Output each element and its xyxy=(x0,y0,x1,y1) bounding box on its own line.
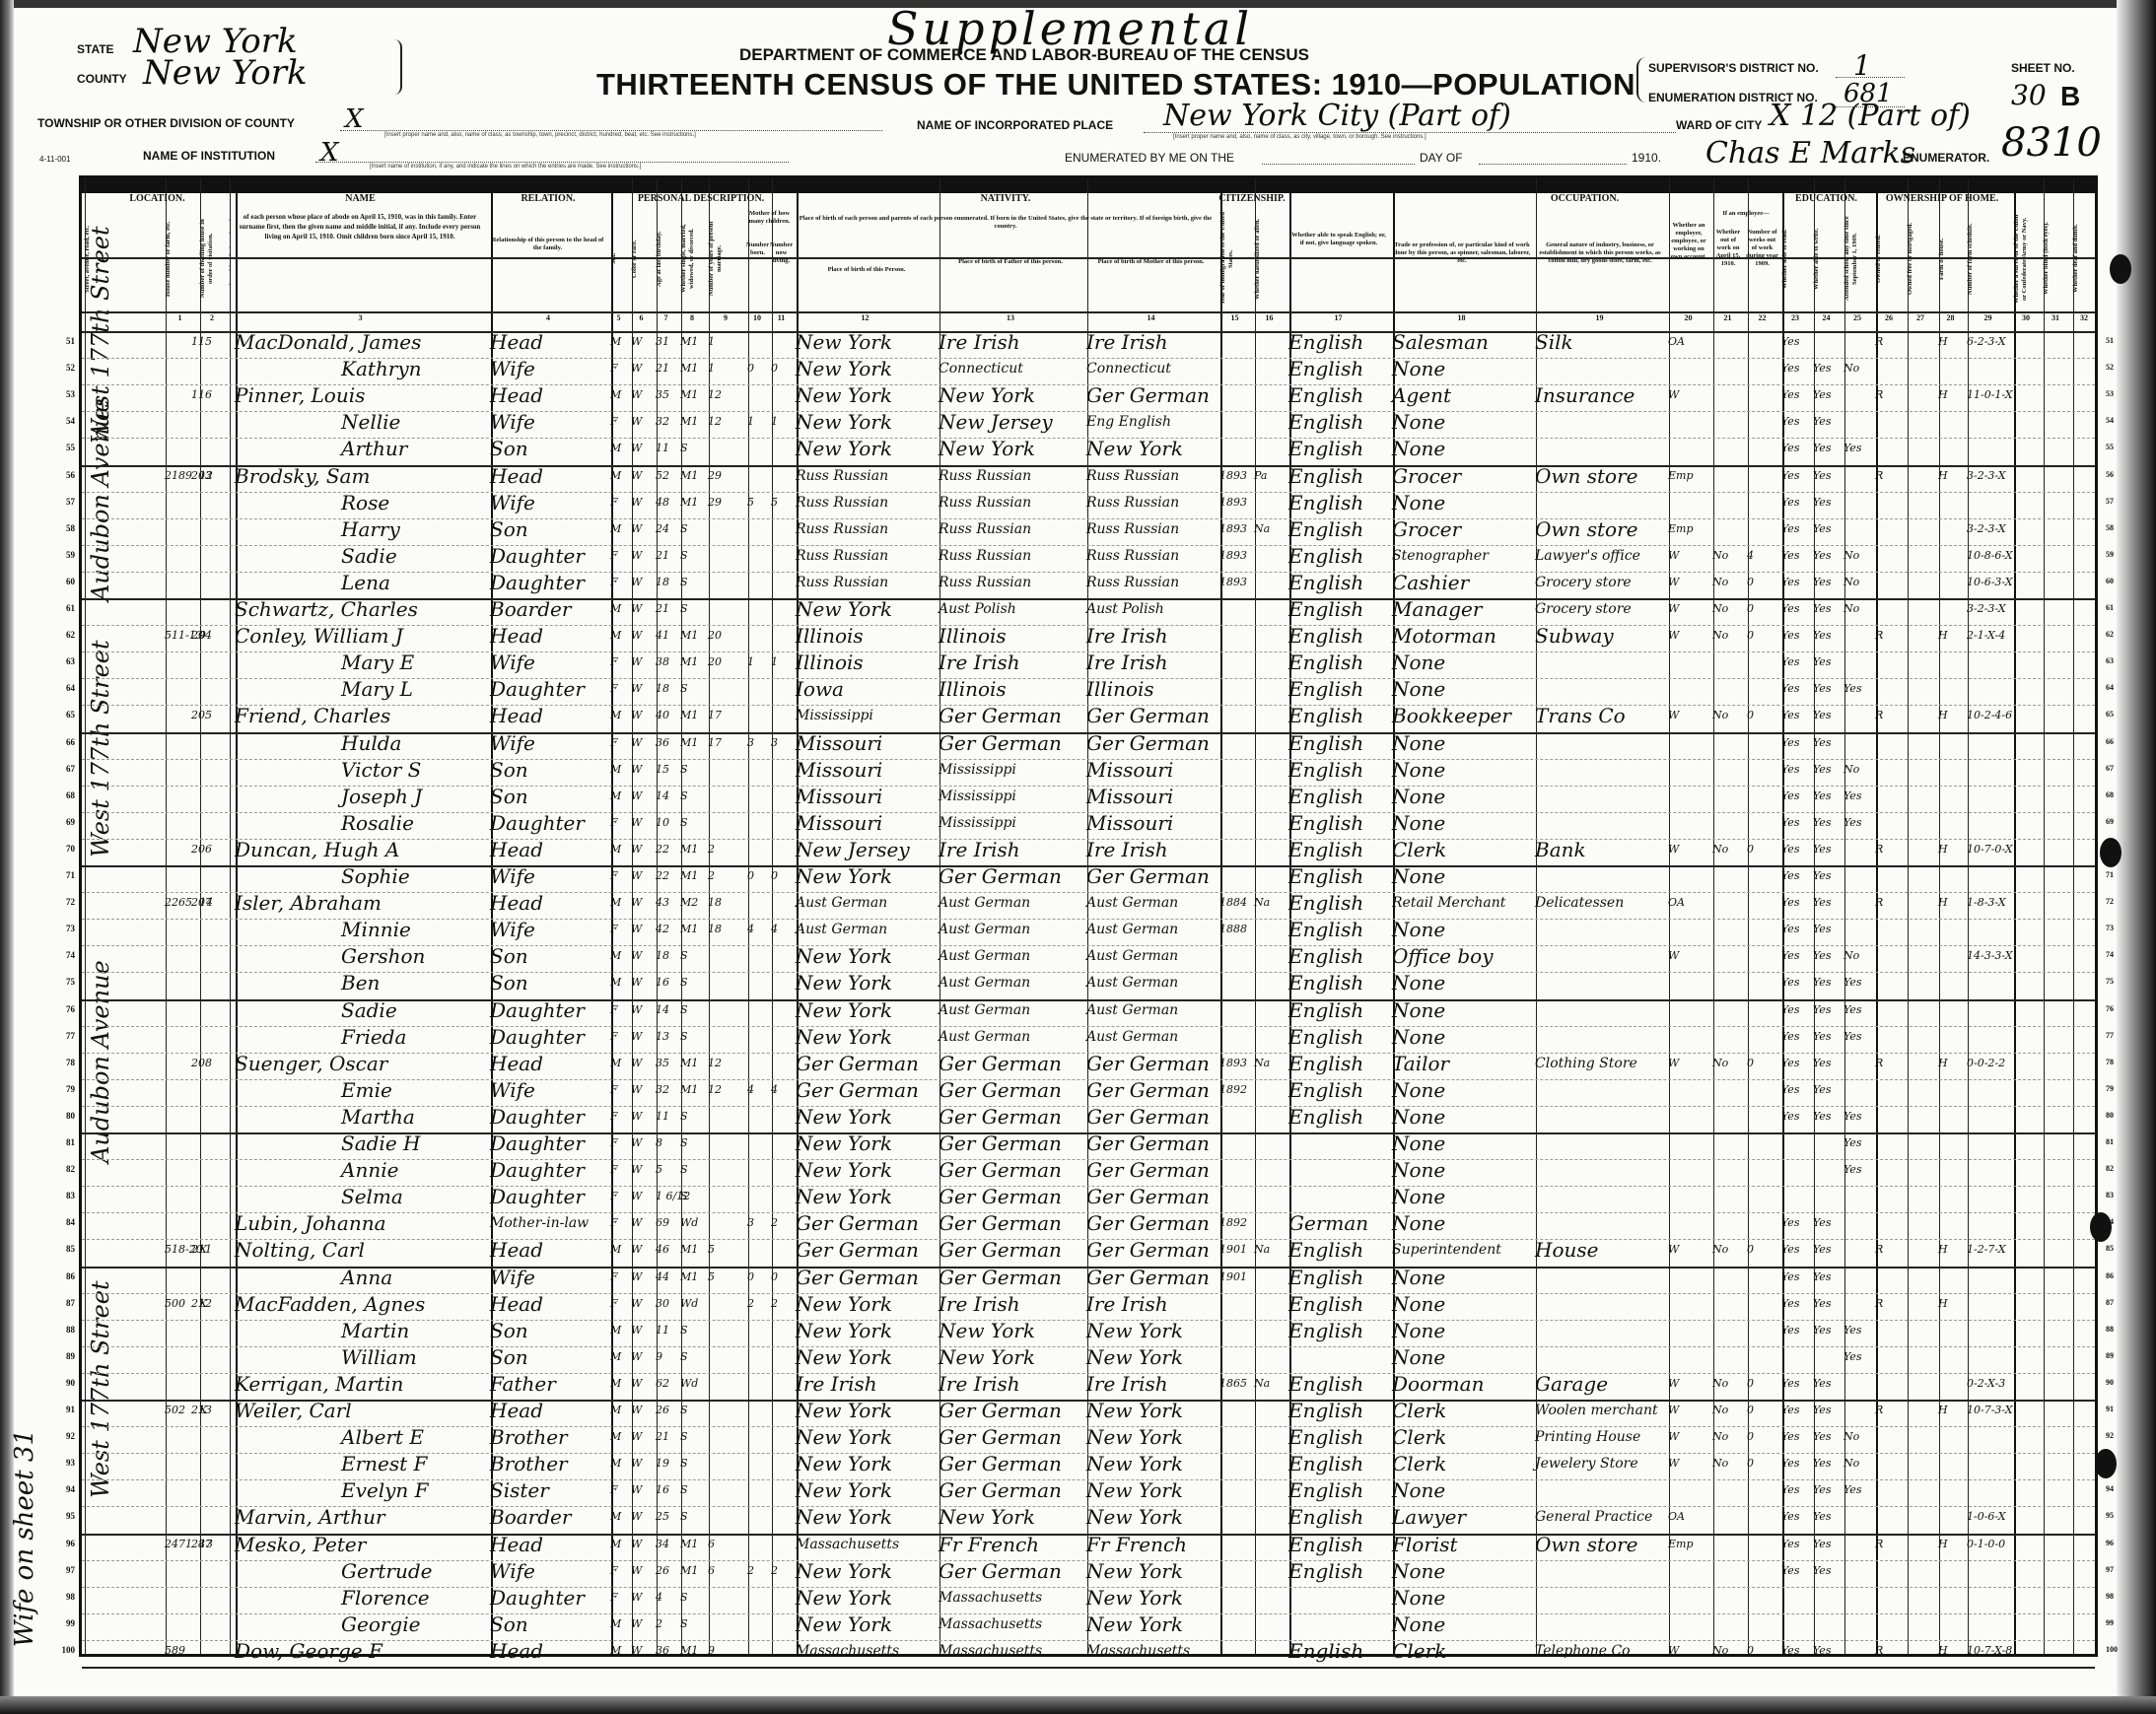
cell-lang: English xyxy=(1288,1535,1363,1554)
line-number-right: 57 xyxy=(2106,497,2114,506)
cell-relation: Head xyxy=(490,706,543,725)
cell-bpm: Aust German xyxy=(1086,1000,1178,1020)
cell-bp: Russ Russian xyxy=(796,546,888,566)
cell-living: 0 xyxy=(771,866,778,886)
cell-imm: 1893 xyxy=(1219,1054,1247,1073)
cell-born: 0 xyxy=(747,866,754,886)
cell-house: 2189 xyxy=(165,466,192,486)
cell-lang: English xyxy=(1288,626,1363,646)
line-number: 76 xyxy=(51,1004,75,1014)
cell-bpf: Ger German xyxy=(939,1187,1062,1206)
column-number: 10 xyxy=(745,313,769,322)
cell-industry: Own store xyxy=(1535,466,1638,486)
cell-bp: New York xyxy=(796,1454,892,1474)
line-number: 81 xyxy=(51,1137,75,1147)
cell-bpm: New York xyxy=(1086,1401,1183,1420)
cell-bp: Ger German xyxy=(796,1213,919,1233)
cell-sex: F xyxy=(610,573,618,592)
column-number: 3 xyxy=(233,313,488,322)
cell-bpf: Ger German xyxy=(939,1480,1062,1500)
cell-bpm: Ire Irish xyxy=(1086,840,1168,859)
cell-oow: No xyxy=(1712,1641,1728,1661)
cell-age: 21 xyxy=(656,359,669,378)
cell-bpm: Russ Russian xyxy=(1086,546,1179,566)
cell-school: Yes xyxy=(1843,1000,1861,1020)
cell-marital: S xyxy=(680,439,688,458)
line-number: 98 xyxy=(51,1592,75,1602)
cell-imm: 1893 xyxy=(1219,466,1247,486)
line-number: 70 xyxy=(51,844,75,854)
col-desc-industry: General nature of industry, business, or… xyxy=(1536,241,1664,265)
cell-marital: S xyxy=(680,1480,688,1500)
column-number: 13 xyxy=(937,313,1084,322)
cell-trade: None xyxy=(1392,1294,1445,1314)
line-number-right: 79 xyxy=(2106,1084,2114,1093)
cell-sex: F xyxy=(610,1588,618,1608)
line-number: 88 xyxy=(51,1325,75,1335)
cell-marital: M1 xyxy=(680,385,698,405)
cell-bpf: Ire Irish xyxy=(939,652,1020,672)
cell-bpf: Aust German xyxy=(939,946,1030,966)
cell-bp: New York xyxy=(796,1160,892,1180)
cell-age: 30 xyxy=(656,1294,669,1314)
cell-nat: Na xyxy=(1254,1374,1270,1394)
cell-bpm: New York xyxy=(1086,439,1183,458)
cell-bpf: Connecticut xyxy=(939,359,1023,378)
cell-bpm: Ger German xyxy=(1086,1240,1210,1260)
cell-bpf: Ire Irish xyxy=(939,840,1020,859)
cell-marital: S xyxy=(680,1027,688,1047)
cell-color: W xyxy=(631,1374,642,1394)
cell-age: 5 xyxy=(656,1160,662,1180)
cell-bpf: Aust Polish xyxy=(939,599,1016,619)
cell-bpm: Missouri xyxy=(1086,813,1173,833)
cell-write: Yes xyxy=(1813,866,1831,886)
cell-bpm: New York xyxy=(1086,1588,1183,1608)
cell-age: 18 xyxy=(656,946,669,966)
cell-relation: Head xyxy=(490,893,543,913)
cell-marital: M1 xyxy=(680,359,698,378)
cell-age: 22 xyxy=(656,866,669,886)
cell-write: Yes xyxy=(1813,1213,1831,1233)
line-number-right: 75 xyxy=(2106,977,2114,986)
cell-read: Yes xyxy=(1781,1268,1799,1287)
col-desc-language: Whether able to speak English; or, if no… xyxy=(1289,232,1388,247)
cell-trade: None xyxy=(1392,733,1445,753)
cell-relation: Wife xyxy=(490,920,535,939)
cell-sched: 0-2-X-3 xyxy=(1967,1374,2005,1394)
cell-relation: Son xyxy=(490,1614,528,1634)
cell-lang: English xyxy=(1288,1240,1363,1260)
cell-bp: Russ Russian xyxy=(796,493,888,513)
cell-read: Yes xyxy=(1781,519,1799,539)
cell-read: Yes xyxy=(1781,626,1799,646)
column-number: 26 xyxy=(1873,313,1905,322)
line-number-right: 52 xyxy=(2106,363,2114,372)
cell-name: Suenger, Oscar xyxy=(235,1054,387,1073)
line-number: 68 xyxy=(51,790,75,800)
cell-relation: Head xyxy=(490,1240,543,1260)
county-value: New York xyxy=(143,53,308,93)
column-divider xyxy=(748,178,749,1654)
cell-oow: No xyxy=(1712,840,1728,859)
cell-bpm: Ger German xyxy=(1086,1133,1210,1153)
cell-sex: F xyxy=(610,493,618,513)
line-number-right: 87 xyxy=(2106,1298,2114,1307)
cell-farm: H xyxy=(1938,840,1948,859)
cell-bpf: Mississippi xyxy=(939,787,1016,806)
line-number-right: 74 xyxy=(2106,950,2114,959)
cell-relation: Son xyxy=(490,439,528,458)
cell-family: 204 xyxy=(191,626,212,646)
township-line xyxy=(340,130,882,131)
cell-name: Arthur xyxy=(341,439,407,458)
cell-name: Anna xyxy=(341,1268,392,1287)
cell-sex: M xyxy=(610,1321,621,1340)
cell-trade: None xyxy=(1392,1321,1445,1340)
cell-bpm: Aust German xyxy=(1086,973,1178,993)
line-number-right: 91 xyxy=(2106,1405,2114,1413)
cell-trade: None xyxy=(1392,1480,1445,1500)
cell-industry: Grocery store xyxy=(1535,599,1632,619)
punch-hole xyxy=(2110,254,2131,284)
cell-bpm: New York xyxy=(1086,1507,1183,1527)
cell-trade: Clerk xyxy=(1392,1427,1446,1447)
column-number: 7 xyxy=(654,313,678,322)
cell-own: R xyxy=(1875,466,1883,486)
cell-industry: Clothing Store xyxy=(1535,1054,1637,1073)
cell-read: Yes xyxy=(1781,813,1799,833)
cell-industry: Lawyer's office xyxy=(1535,546,1640,566)
cell-trade: Lawyer xyxy=(1392,1507,1466,1527)
col-desc-family: Number of family in order of visitation. xyxy=(229,212,231,306)
cell-lang: English xyxy=(1288,946,1363,966)
cell-sched: 0-1-0-0 xyxy=(1967,1535,2005,1554)
cell-own: R xyxy=(1875,1294,1883,1314)
cell-bpf: Ger German xyxy=(939,706,1062,725)
month-line xyxy=(1479,164,1627,165)
cell-read: Yes xyxy=(1781,546,1799,566)
cell-family: 213 xyxy=(191,1401,212,1420)
cell-relation: Daughter xyxy=(490,573,585,592)
cell-bpf: New Jersey xyxy=(939,412,1053,432)
cell-born: 2 xyxy=(747,1294,754,1314)
line-number-right: 60 xyxy=(2106,577,2114,585)
cell-trade: Cashier xyxy=(1392,573,1469,592)
cell-bpm: Ger German xyxy=(1086,1213,1210,1233)
cell-read: Yes xyxy=(1781,787,1799,806)
col-desc-house: House number or farm, etc. xyxy=(165,212,195,306)
col-desc-free-mortgaged: Owned free or mortgaged. xyxy=(1907,212,1934,306)
cell-school: No xyxy=(1843,1427,1859,1447)
cell-bp: Russ Russian xyxy=(796,466,888,486)
cell-nat: Na xyxy=(1254,1054,1270,1073)
cell-imm: 1892 xyxy=(1219,1213,1247,1233)
cell-age: 31 xyxy=(656,332,669,352)
cell-industry: Bank xyxy=(1535,840,1586,859)
cell-industry: Delicatessen xyxy=(1535,893,1624,913)
cell-marital: M1 xyxy=(680,1535,698,1554)
line-number: 72 xyxy=(51,897,75,907)
cell-bpf: Ger German xyxy=(939,1401,1062,1420)
cell-bp: New York xyxy=(796,385,892,405)
supervisor-district-line xyxy=(1836,77,1905,78)
cell-lang: English xyxy=(1288,1080,1363,1100)
cell-marital: M1 xyxy=(680,920,698,939)
cell-bpf: Ger German xyxy=(939,1213,1062,1233)
cell-write: Yes xyxy=(1813,412,1831,432)
cell-name: Pinner, Louis xyxy=(235,385,365,405)
cell-write: Yes xyxy=(1813,1454,1831,1474)
cell-bp: Massachusetts xyxy=(796,1535,899,1554)
cell-imm: 1888 xyxy=(1219,920,1247,939)
cell-farm: H xyxy=(1938,1535,1948,1554)
line-number-right: 62 xyxy=(2106,630,2114,639)
cell-yrs: 2 xyxy=(708,840,715,859)
cell-age: 25 xyxy=(656,1507,669,1527)
cell-color: W xyxy=(631,840,642,859)
cell-bpm: Ire Irish xyxy=(1086,1294,1168,1314)
cell-read: Yes xyxy=(1781,679,1799,699)
cell-read: Yes xyxy=(1781,493,1799,513)
cell-own: R xyxy=(1875,1240,1883,1260)
line-number: 87 xyxy=(51,1298,75,1308)
cell-read: Yes xyxy=(1781,946,1799,966)
cell-nat: Na xyxy=(1254,1240,1270,1260)
line-number: 100 xyxy=(51,1645,75,1655)
cell-sex: M xyxy=(610,1507,621,1527)
form-number: 4-11-001 xyxy=(39,155,70,164)
line-number-right: 61 xyxy=(2106,603,2114,612)
enumeration-district-label: ENUMERATION DISTRICT NO. xyxy=(1648,91,1818,104)
cell-yrs: 1 xyxy=(708,332,715,352)
cell-relation: Son xyxy=(490,1321,528,1340)
cell-read: Yes xyxy=(1781,1054,1799,1073)
cell-write: Yes xyxy=(1813,546,1831,566)
cell-write: Yes xyxy=(1813,760,1831,780)
cell-farm: H xyxy=(1938,893,1948,913)
line-number: 94 xyxy=(51,1484,75,1494)
cell-age: 62 xyxy=(656,1374,669,1394)
cell-own: R xyxy=(1875,1401,1883,1420)
cell-own: R xyxy=(1875,626,1883,646)
cell-bp: Massachusetts xyxy=(796,1641,899,1661)
cell-school: Yes xyxy=(1843,973,1861,993)
cell-bpf: Russ Russian xyxy=(939,466,1031,486)
cell-school: Yes xyxy=(1843,679,1861,699)
cell-age: 35 xyxy=(656,1054,669,1073)
cell-born: 1 xyxy=(747,412,754,432)
cell-write: Yes xyxy=(1813,493,1831,513)
cell-write: Yes xyxy=(1813,679,1831,699)
cell-marital: S xyxy=(680,1000,688,1020)
cell-bp: Russ Russian xyxy=(796,573,888,592)
cell-school: Yes xyxy=(1843,1027,1861,1047)
cell-write: Yes xyxy=(1813,1374,1831,1394)
col-desc-owned-rented: Owned or rented. xyxy=(1875,212,1903,306)
cell-trade: Clerk xyxy=(1392,1401,1446,1420)
cell-color: W xyxy=(631,866,642,886)
cell-wks: 0 xyxy=(1747,706,1754,725)
cell-trade: Retail Merchant xyxy=(1392,893,1505,913)
cell-name: Victor S xyxy=(341,760,421,780)
cell-read: Yes xyxy=(1781,973,1799,993)
cell-color: W xyxy=(631,599,642,619)
line-number-right: 85 xyxy=(2106,1244,2114,1253)
cell-marital: M1 xyxy=(680,1054,698,1073)
cell-sex: M xyxy=(610,1641,621,1661)
cell-imm: 1892 xyxy=(1219,1080,1247,1100)
cell-school: Yes xyxy=(1843,1347,1861,1367)
cell-bp: New York xyxy=(796,1427,892,1447)
cell-color: W xyxy=(631,1268,642,1287)
cell-sex: M xyxy=(610,466,621,486)
cell-school: Yes xyxy=(1843,1133,1861,1153)
cell-industry: Telephone Co xyxy=(1535,1641,1631,1661)
cell-bpf: New York xyxy=(939,1507,1035,1527)
cell-nat: Pa xyxy=(1254,466,1267,486)
cell-trade: Bookkeeper xyxy=(1392,706,1511,725)
enumeration-district-line xyxy=(1836,106,1905,107)
cell-color: W xyxy=(631,573,642,592)
cell-bpm: Ger German xyxy=(1086,1054,1210,1073)
cell-family: 115 xyxy=(191,332,212,352)
cell-name: Frieda xyxy=(341,1027,406,1047)
line-number-right: 68 xyxy=(2106,790,2114,799)
cell-bp: Mississippi xyxy=(796,706,873,725)
cell-bp: Ger German xyxy=(796,1240,919,1260)
cell-bp: New York xyxy=(796,1107,892,1127)
cell-trade: None xyxy=(1392,813,1445,833)
cell-farm: H xyxy=(1938,332,1948,352)
cell-age: 36 xyxy=(656,1641,669,1661)
cell-marital: M1 xyxy=(680,466,698,486)
cell-sex: M xyxy=(610,893,621,913)
cell-trade: None xyxy=(1392,1347,1445,1367)
cell-marital: M1 xyxy=(680,652,698,672)
cell-sex: F xyxy=(610,1294,618,1314)
line-number: 89 xyxy=(51,1351,75,1361)
cell-bpf: Massachusetts xyxy=(939,1641,1042,1661)
cell-born: 3 xyxy=(747,733,754,753)
cell-write: Yes xyxy=(1813,1240,1831,1260)
cell-color: W xyxy=(631,519,642,539)
line-number: 78 xyxy=(51,1058,75,1067)
cell-name: MacFadden, Agnes xyxy=(235,1294,425,1314)
cell-trade: Agent xyxy=(1392,385,1451,405)
cell-lang: German xyxy=(1288,1213,1368,1233)
column-number: 14 xyxy=(1084,313,1217,322)
cell-own: R xyxy=(1875,1535,1883,1554)
line-number-right: 86 xyxy=(2106,1271,2114,1280)
cell-sched: 0-0-2-2 xyxy=(1967,1054,2005,1073)
col-desc-birth-father: Place of birth of Father of this person. xyxy=(939,258,1082,266)
cell-age: 14 xyxy=(656,1000,669,1020)
cell-sex: F xyxy=(610,1000,618,1020)
cell-age: 26 xyxy=(656,1561,669,1581)
cell-bp: New York xyxy=(796,1187,892,1206)
cell-born: 4 xyxy=(747,1080,754,1100)
cell-yrs: 5 xyxy=(708,1268,715,1287)
cell-sex: M xyxy=(610,1427,621,1447)
cell-yrs: 17 xyxy=(708,706,722,725)
cell-bp: New York xyxy=(796,866,892,886)
cell-age: 21 xyxy=(656,1427,669,1447)
cell-bpf: Illinois xyxy=(939,626,1007,646)
column-number: 18 xyxy=(1390,313,1533,322)
cell-trade: Doorman xyxy=(1392,1374,1484,1394)
cell-bp: Ger German xyxy=(796,1268,919,1287)
cell-school: No xyxy=(1843,946,1859,966)
line-number: 83 xyxy=(51,1191,75,1200)
cell-read: Yes xyxy=(1781,1321,1799,1340)
cell-bp: New York xyxy=(796,359,892,378)
cell-bpm: Russ Russian xyxy=(1086,466,1179,486)
cell-write: Yes xyxy=(1813,626,1831,646)
cell-name: Ben xyxy=(341,973,380,993)
cell-color: W xyxy=(631,332,642,352)
cell-industry: Insurance xyxy=(1535,385,1634,405)
cell-wks: 0 xyxy=(1747,599,1754,619)
cell-sex: M xyxy=(610,760,621,780)
cell-farm: H xyxy=(1938,385,1948,405)
cell-oow: No xyxy=(1712,1401,1728,1420)
cell-marital: M1 xyxy=(680,1080,698,1100)
cell-write: Yes xyxy=(1813,573,1831,592)
cell-bpm: New York xyxy=(1086,1427,1183,1447)
cell-name: Georgie xyxy=(341,1614,420,1634)
cell-read: Yes xyxy=(1781,1401,1799,1420)
cell-read: Yes xyxy=(1781,1080,1799,1100)
cell-color: W xyxy=(631,1535,642,1554)
column-number: 2 xyxy=(197,313,227,322)
column-number: 15 xyxy=(1217,313,1252,322)
cell-bpm: Ger German xyxy=(1086,1268,1210,1287)
cell-industry: Subway xyxy=(1535,626,1614,646)
cell-bpm: Russ Russian xyxy=(1086,519,1179,539)
cell-emp: W xyxy=(1668,706,1679,725)
cell-relation: Head xyxy=(490,1294,543,1314)
cell-age: 43 xyxy=(656,893,669,913)
cell-sched: 10-2-4-6 xyxy=(1967,706,2012,725)
cell-relation: Head xyxy=(490,332,543,352)
cell-sex: M xyxy=(610,332,621,352)
column-number: 22 xyxy=(1745,313,1779,322)
cell-lang: English xyxy=(1288,1427,1363,1447)
cell-marital: S xyxy=(680,599,688,619)
cell-farm: H xyxy=(1938,1054,1948,1073)
cell-sex: F xyxy=(610,1133,618,1153)
cell-yrs: 20 xyxy=(708,652,722,672)
cell-color: W xyxy=(631,1480,642,1500)
line-number-right: 80 xyxy=(2106,1111,2114,1120)
cell-read: Yes xyxy=(1781,1240,1799,1260)
cell-lang: English xyxy=(1288,760,1363,780)
cell-marital: S xyxy=(680,1507,688,1527)
cell-bpm: New York xyxy=(1086,1347,1183,1367)
line-number-right: 71 xyxy=(2106,870,2114,879)
col-desc-color: Color or race. xyxy=(631,212,652,306)
cell-read: Yes xyxy=(1781,1641,1799,1661)
cell-age: 24 xyxy=(656,519,669,539)
cell-emp: W xyxy=(1668,1240,1679,1260)
cell-color: W xyxy=(631,679,642,699)
column-divider xyxy=(1220,178,1222,1654)
cell-bpf: Ger German xyxy=(939,1427,1062,1447)
cell-sched: 14-3-3-X xyxy=(1967,946,2013,966)
cell-read: Yes xyxy=(1781,1480,1799,1500)
cell-emp: OA xyxy=(1668,893,1685,913)
